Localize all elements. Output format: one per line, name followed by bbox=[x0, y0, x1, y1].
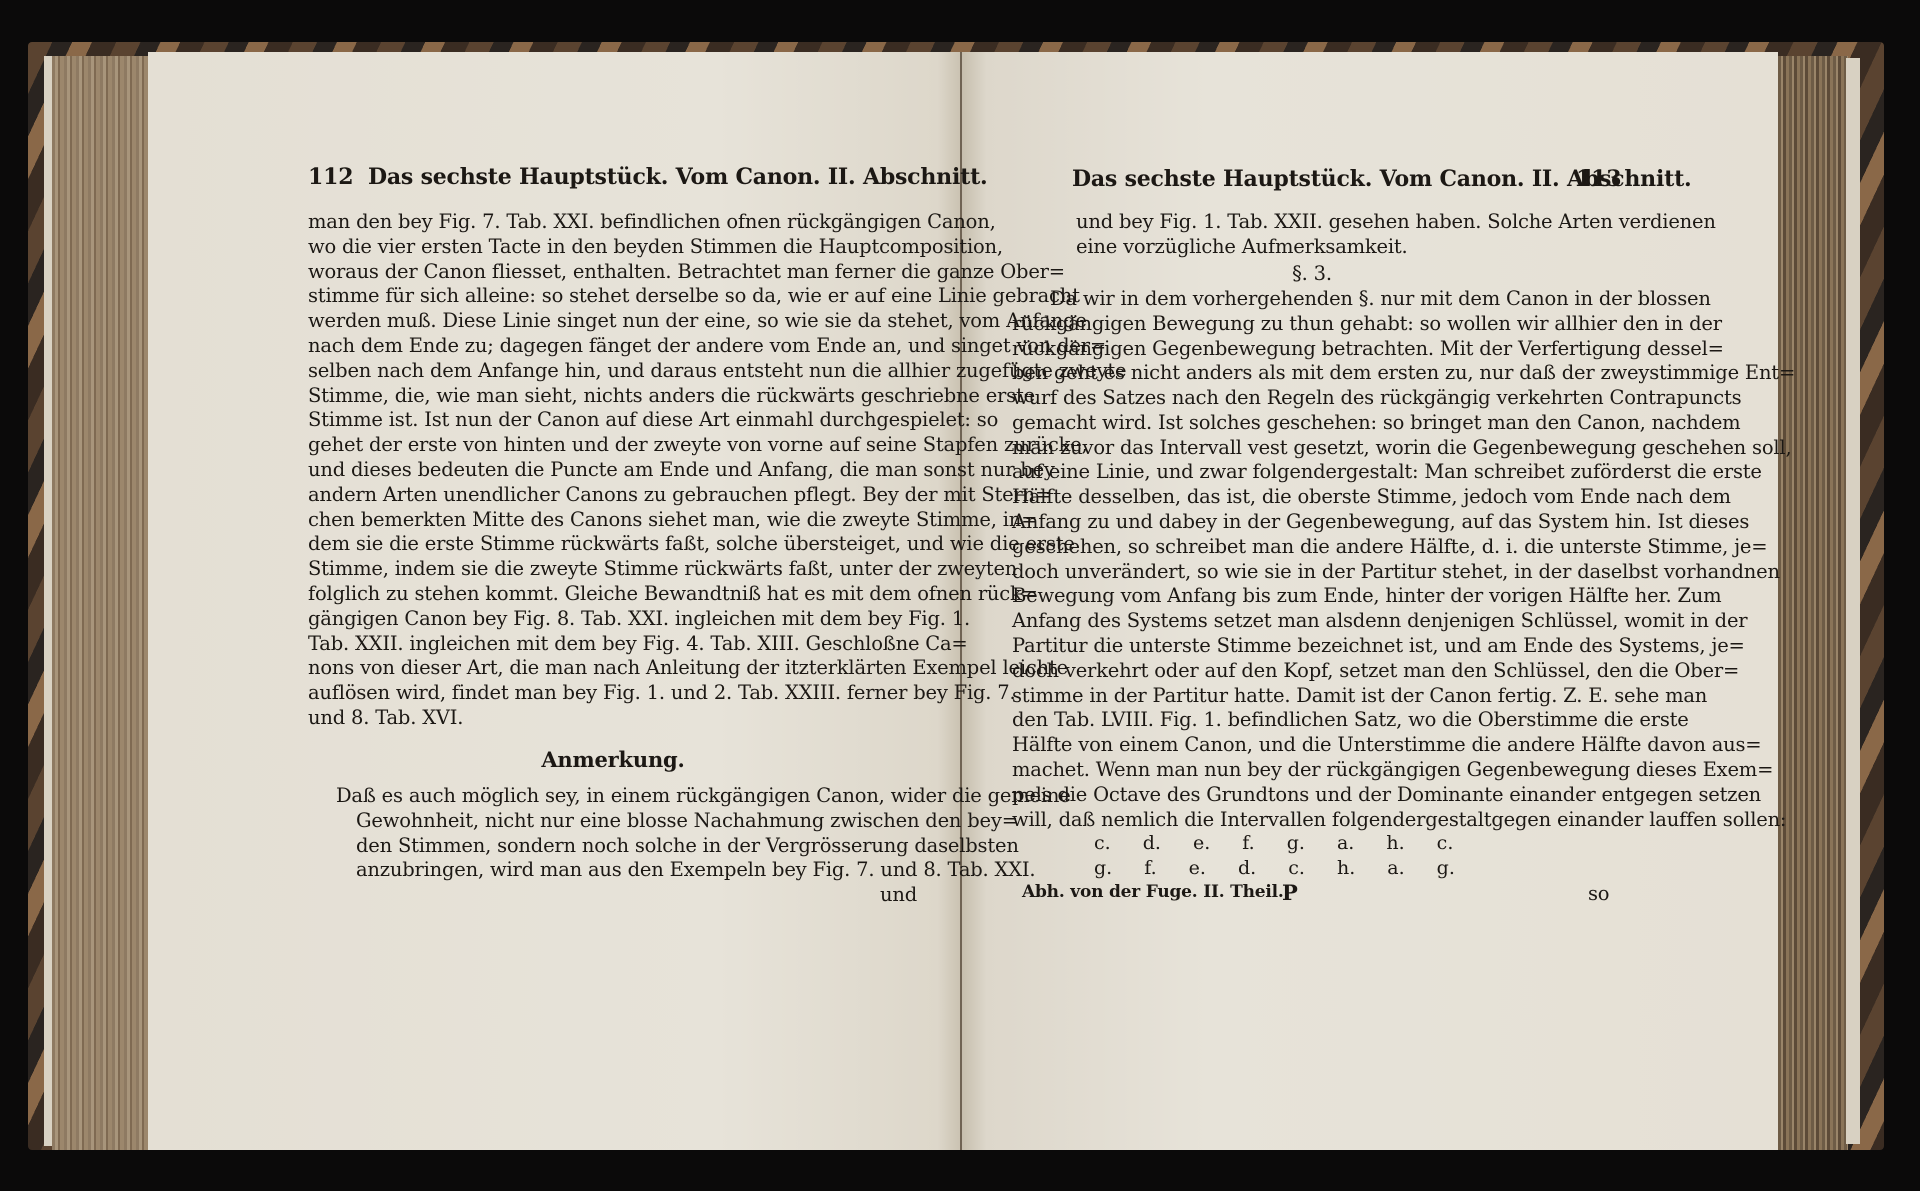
body-line: auf eine Linie, und zwar folgendergestal… bbox=[1012, 460, 1612, 483]
note-line: den Stimmen, sondern noch solche in der … bbox=[356, 834, 918, 857]
body-line: man den bey Fig. 7. Tab. XXI. befindlich… bbox=[308, 210, 918, 233]
body-line: Bewegung vom Anfang bis zum Ende, hinter… bbox=[1012, 584, 1612, 607]
body-line: wo die vier ersten Tacte in den beyden S… bbox=[308, 235, 918, 258]
body-line: will, daß nemlich die Intervallen folgen… bbox=[1012, 808, 1612, 831]
page-number-left: 112 bbox=[308, 164, 353, 190]
body-line: und dieses bedeuten die Puncte am Ende u… bbox=[308, 458, 918, 481]
body-line: werden muß. Diese Linie singet nun der e… bbox=[308, 309, 918, 332]
interval-row-upper: c. d. e. f. g. a. h. c. bbox=[1094, 832, 1453, 854]
body-line: dem sie die erste Stimme rückwärts faßt,… bbox=[308, 532, 918, 555]
page-block-left bbox=[52, 56, 148, 1150]
body-line: Hälfte desselben, das ist, die oberste S… bbox=[1012, 485, 1612, 508]
body-line: machet. Wenn man nun bey der rückgängige… bbox=[1012, 758, 1612, 781]
body-line: woraus der Canon fliesset, enthalten. Be… bbox=[308, 260, 918, 283]
body-line: nach dem Ende zu; dagegen fänget der and… bbox=[308, 334, 918, 357]
body-line: Stimme ist. Ist nun der Canon auf diese … bbox=[308, 408, 918, 431]
section-mark: §. 3. bbox=[1012, 262, 1612, 285]
body-line: rückgängigen Bewegung zu thun gehabt: so… bbox=[1012, 312, 1612, 335]
body-line: Anfang des Systems setzet man alsdenn de… bbox=[1012, 609, 1612, 632]
catchword-left: und bbox=[880, 883, 917, 906]
page-edge-right-strip bbox=[1846, 58, 1860, 1144]
body-line: doch unverändert, so wie sie in der Part… bbox=[1012, 560, 1612, 583]
body-line: folglich zu stehen kommt. Gleiche Bewand… bbox=[308, 582, 918, 605]
note-heading: Anmerkung. bbox=[308, 747, 918, 772]
footer-signature: Abh. von der Fuge. II. Theil. bbox=[1022, 882, 1284, 902]
note-line: anzubringen, wird man aus den Exempeln b… bbox=[356, 858, 918, 881]
signature-mark: P bbox=[1282, 880, 1298, 905]
body-line: den Tab. LVIII. Fig. 1. befindlichen Sat… bbox=[1012, 708, 1612, 731]
body-line: doch verkehrt oder auf den Kopf, setzet … bbox=[1012, 659, 1612, 682]
body-line: andern Arten unendlicher Canons zu gebra… bbox=[308, 483, 918, 506]
body-line: Tab. XXII. ingleichen mit dem bey Fig. 4… bbox=[308, 632, 918, 655]
intro-line: und bey Fig. 1. Tab. XXII. gesehen haben… bbox=[1076, 210, 1612, 233]
body-line: pels die Octave des Grundtons und der Do… bbox=[1012, 783, 1612, 806]
body-line: Partitur die unterste Stimme bezeichnet … bbox=[1012, 634, 1612, 657]
body-line: rückgängigen Gegenbewegung betrachten. M… bbox=[1012, 337, 1612, 360]
body-line: gehet der erste von hinten und der zweyt… bbox=[308, 433, 918, 456]
body-line: Stimme, indem sie die zweyte Stimme rück… bbox=[308, 557, 918, 580]
note-line: Daß es auch möglich sey, in einem rückgä… bbox=[336, 784, 918, 807]
intro-line: eine vorzügliche Aufmerksamkeit. bbox=[1076, 235, 1408, 258]
body-line: auflösen wird, findet man bey Fig. 1. un… bbox=[308, 681, 918, 704]
body-line: Da wir in dem vorhergehenden §. nur mit … bbox=[1050, 287, 1612, 310]
interval-row-lower: g. f. e. d. c. h. a. g. bbox=[1094, 857, 1455, 879]
body-line: geschehen, so schreibet man die andere H… bbox=[1012, 535, 1612, 558]
body-line: stimme für sich alleine: so stehet derse… bbox=[308, 284, 918, 307]
body-line: Hälfte von einem Canon, und die Untersti… bbox=[1012, 733, 1612, 756]
body-line: ben geht es nicht anders als mit dem ers… bbox=[1012, 361, 1612, 384]
body-line: selben nach dem Anfange hin, und daraus … bbox=[308, 359, 918, 382]
page-block-right bbox=[1778, 56, 1848, 1150]
body-line: und 8. Tab. XVI. bbox=[308, 706, 918, 729]
body-line: stimme in der Partitur hatte. Damit ist … bbox=[1012, 684, 1612, 707]
body-line: nons von dieser Art, die man nach Anleit… bbox=[308, 656, 918, 679]
note-line: Gewohnheit, nicht nur eine blosse Nachah… bbox=[356, 809, 918, 832]
catchword-right: so bbox=[1588, 882, 1609, 905]
body-line: chen bemerkten Mitte des Canons siehet m… bbox=[308, 508, 918, 531]
body-line: gängigen Canon bey Fig. 8. Tab. XXI. ing… bbox=[308, 607, 918, 630]
body-line: wurf des Satzes nach den Regeln des rück… bbox=[1012, 386, 1612, 409]
page-number-right: 113 bbox=[1576, 166, 1621, 192]
body-line: Stimme, die, wie man sieht, nichts ander… bbox=[308, 384, 918, 407]
body-line: Anfang zu und dabey in der Gegenbewegung… bbox=[1012, 510, 1612, 533]
body-line: man zuvor das Intervall vest gesetzt, wo… bbox=[1012, 436, 1612, 459]
body-line: gemacht wird. Ist solches geschehen: so … bbox=[1012, 411, 1612, 434]
running-head-left: Das sechste Hauptstück. Vom Canon. II. A… bbox=[368, 164, 988, 190]
